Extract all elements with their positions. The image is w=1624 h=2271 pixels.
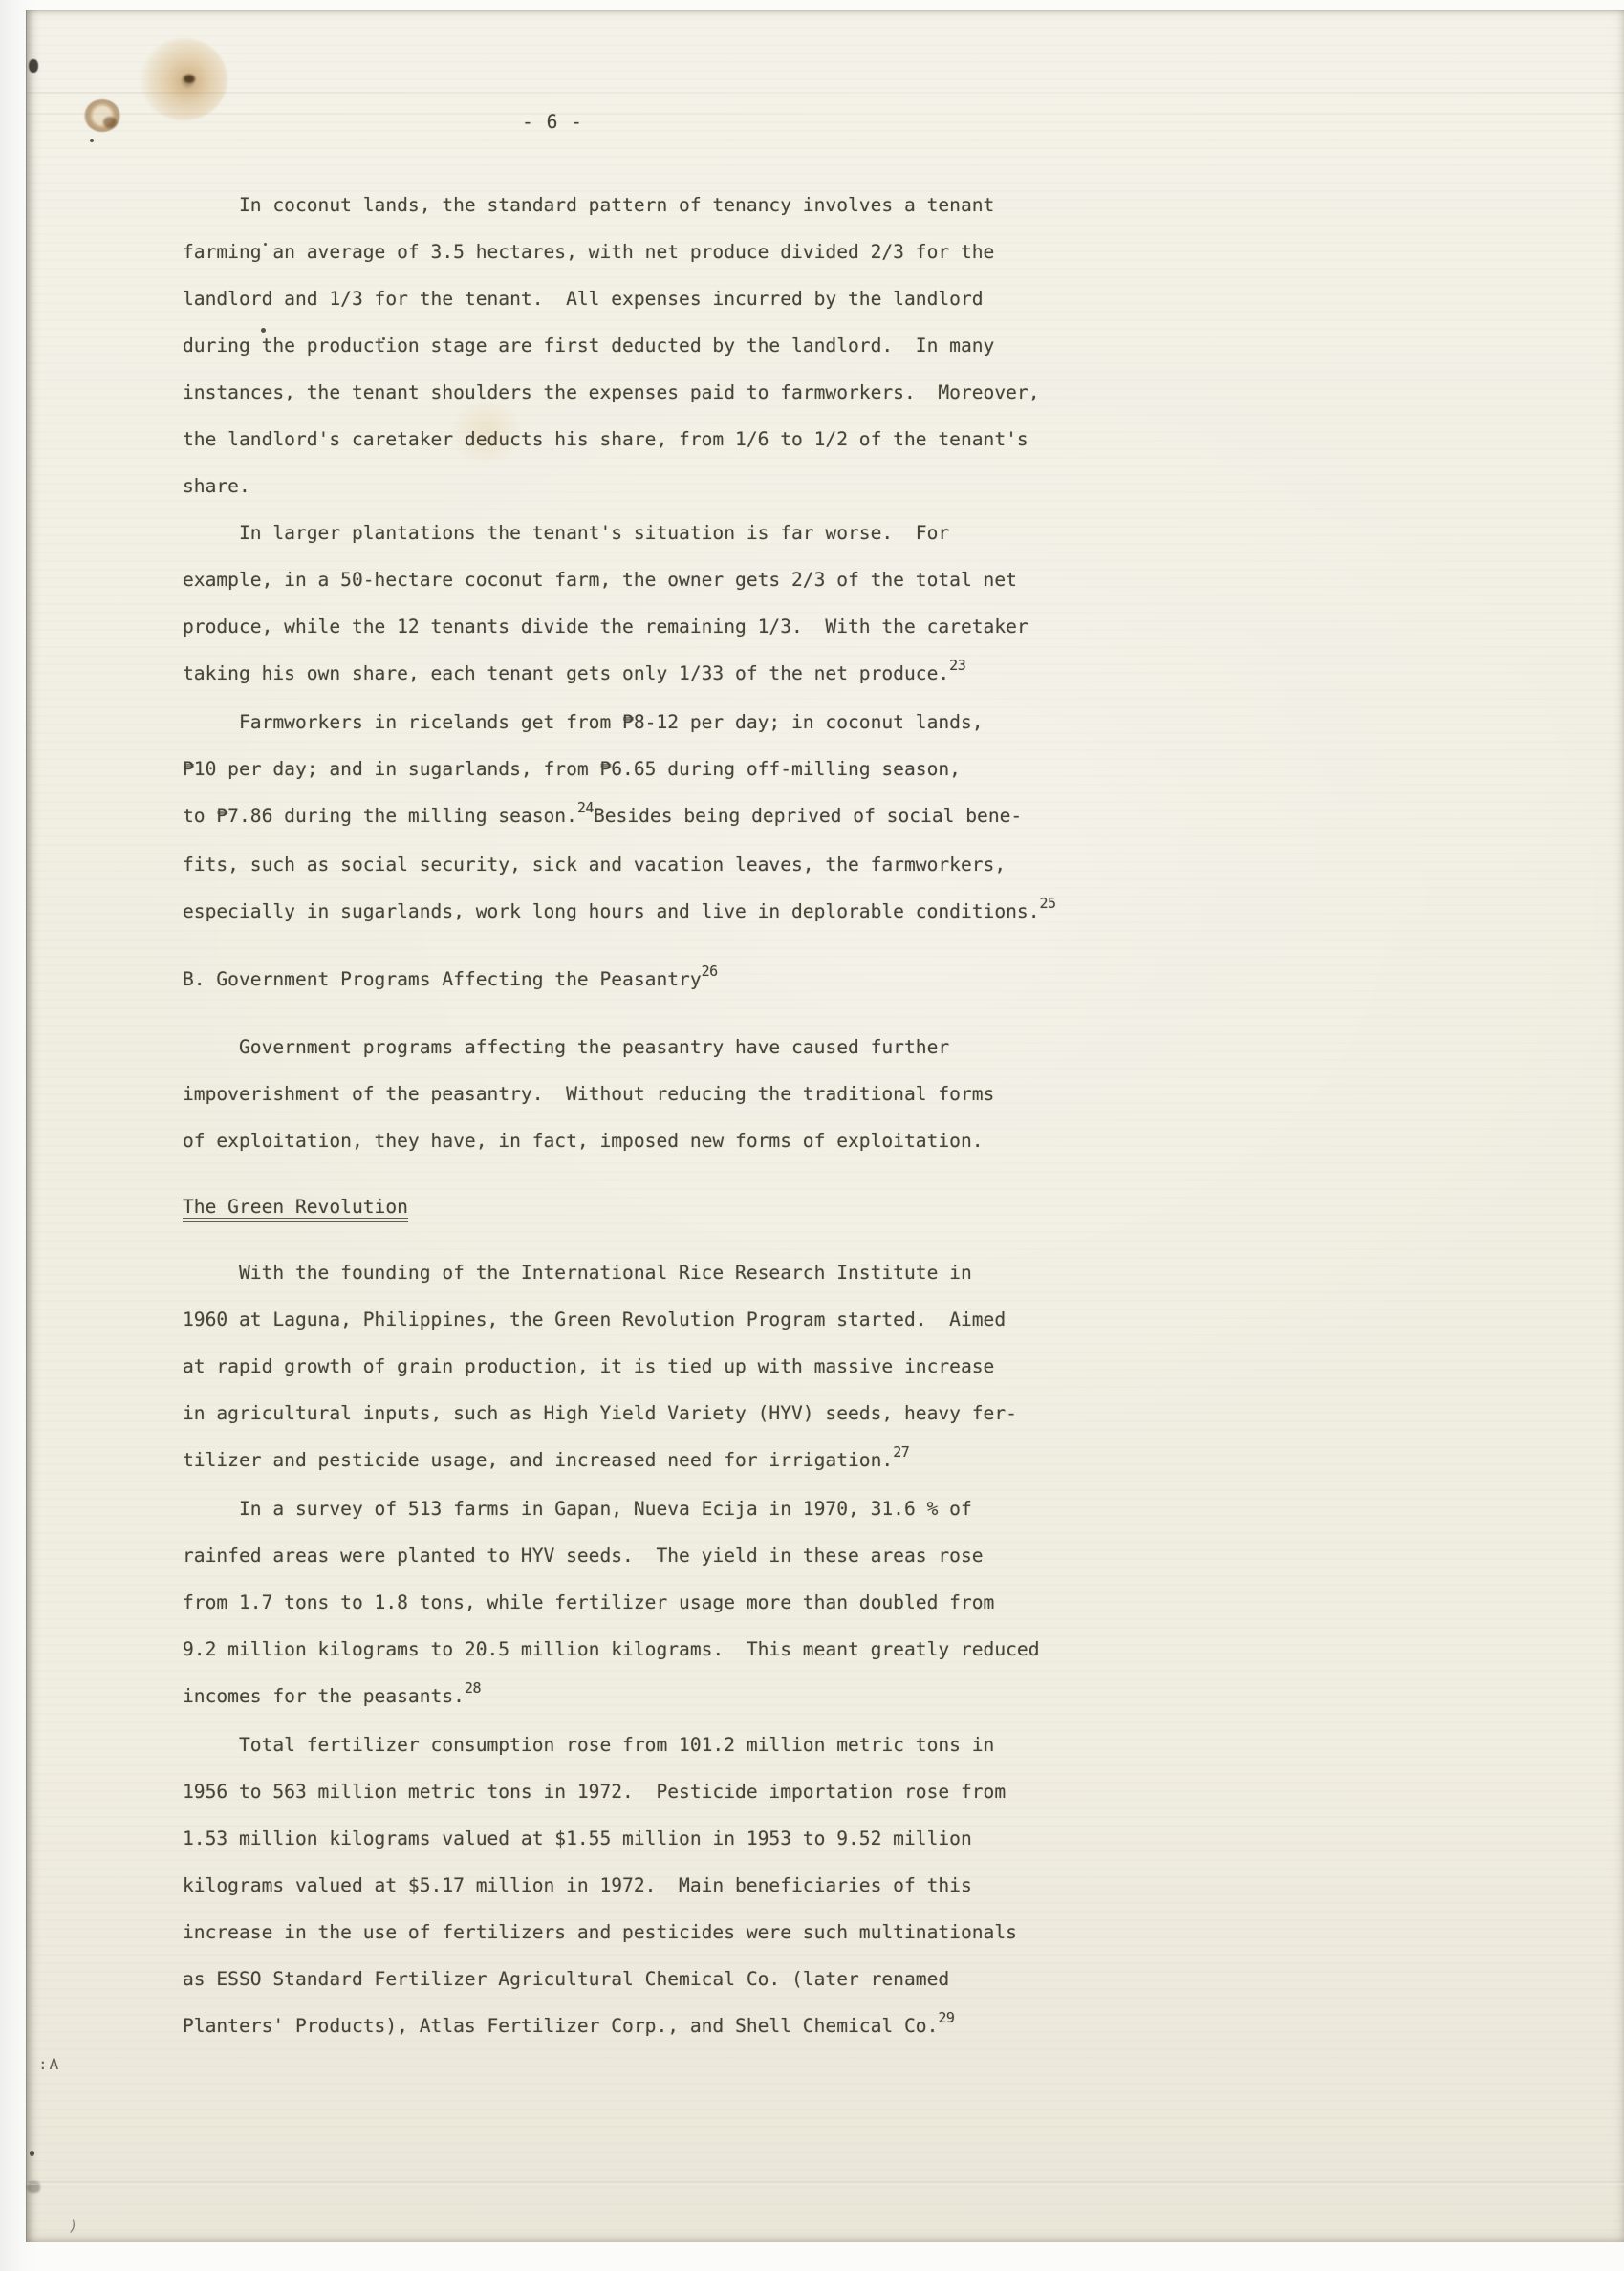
- paragraph-coconut-tenancy: In coconut lands, the standard pattern o…: [183, 182, 1119, 509]
- text-line: Planters' Products), Atlas Fertilizer Co…: [183, 2002, 1119, 2051]
- text-line: of exploitation, they have, in fact, imp…: [183, 1117, 1119, 1164]
- text-line: as ESSO Standard Fertilizer Agricultural…: [183, 1956, 1119, 2002]
- text-line: in agricultural inputs, such as High Yie…: [183, 1390, 1119, 1437]
- text-line: share.: [183, 463, 1119, 509]
- scanned-document-page: { "page": { "number_label": "- 6 -", "bl…: [0, 0, 1624, 2271]
- text-line: In a survey of 513 farms in Gapan, Nueva…: [183, 1485, 1119, 1532]
- stray-mark: ): [67, 2217, 79, 2235]
- text-line: the landlord's caretaker deducts his sha…: [183, 416, 1119, 463]
- paragraph-government-programs: Government programs affecting the peasan…: [183, 1024, 1119, 1164]
- speck: [90, 139, 94, 142]
- text-line: In larger plantations the tenant's situa…: [183, 509, 1119, 556]
- text-line: impoverishment of the peasantry. Without…: [183, 1071, 1119, 1117]
- paragraph-farmworkers-wages: Farmworkers in ricelands get from ₱8-12 …: [183, 699, 1119, 937]
- text-line: B. Government Programs Affecting the Pea…: [183, 956, 1119, 1005]
- speck: [30, 2151, 34, 2156]
- text-line: example, in a 50-hectare coconut farm, t…: [183, 556, 1119, 603]
- text-line: produce, while the 12 tenants divide the…: [183, 603, 1119, 650]
- ink-blot: [29, 59, 38, 73]
- text-line: taking his own share, each tenant gets o…: [183, 650, 1119, 699]
- page-number: - 6 -: [522, 111, 583, 133]
- text-line: especially in sugarlands, work long hour…: [183, 888, 1119, 937]
- text-line: 9.2 million kilograms to 20.5 million ki…: [183, 1626, 1119, 1673]
- paper-crease: [27, 2181, 1624, 2185]
- text-line: Total fertilizer consumption rose from 1…: [183, 1721, 1119, 1768]
- page-sheet: :A ) - 6 - In coconut lands, the standar…: [26, 10, 1624, 2242]
- text-line: 1956 to 563 million metric tons in 1972.…: [183, 1768, 1119, 1815]
- footnote-reference: 24: [577, 799, 594, 816]
- text-line: from 1.7 tons to 1.8 tons, while fertili…: [183, 1579, 1119, 1626]
- paragraph-larger-plantations: In larger plantations the tenant's situa…: [183, 509, 1119, 699]
- text-line: to ₱7.86 during the milling season.24Bes…: [183, 792, 1119, 841]
- footnote-reference: 25: [1040, 895, 1056, 912]
- footnote-reference: 23: [949, 657, 965, 674]
- text-line: at rapid growth of grain production, it …: [183, 1343, 1119, 1390]
- section-heading-government-programs: B. Government Programs Affecting the Pea…: [183, 956, 1119, 1005]
- text-line: Government programs affecting the peasan…: [183, 1024, 1119, 1071]
- ring-stain: [84, 99, 120, 132]
- text-line: The Green Revolution: [183, 1183, 1119, 1230]
- paragraph-irri-founding: With the founding of the International R…: [183, 1249, 1119, 1485]
- footnote-reference: 29: [938, 2009, 954, 2026]
- text-line: 1.53 million kilograms valued at $1.55 m…: [183, 1815, 1119, 1862]
- paragraph-fertilizer-consumption: Total fertilizer consumption rose from 1…: [183, 1721, 1119, 2051]
- text-line: instances, the tenant shoulders the expe…: [183, 369, 1119, 416]
- stain-core: [184, 75, 195, 83]
- scan-streak: [27, 92, 1624, 94]
- text-line: incomes for the peasants.28: [183, 1673, 1119, 1721]
- text-line: during the production stage are first de…: [183, 322, 1119, 369]
- text-line: landlord and 1/3 for the tenant. All exp…: [183, 275, 1119, 322]
- coffee-stain: [140, 38, 227, 120]
- text-line: rainfed areas were planted to HYV seeds.…: [183, 1532, 1119, 1579]
- subsection-heading-green-revolution: The Green Revolution: [183, 1183, 1119, 1230]
- footnote-reference: 28: [465, 1679, 481, 1697]
- scan-streak: [27, 113, 1624, 115]
- text-line: Farmworkers in ricelands get from ₱8-12 …: [183, 699, 1119, 746]
- text-line: 1960 at Laguna, Philippines, the Green R…: [183, 1296, 1119, 1343]
- text-line: kilograms valued at $5.17 million in 197…: [183, 1862, 1119, 1909]
- text-line: tilizer and pesticide usage, and increas…: [183, 1437, 1119, 1485]
- document-text: In coconut lands, the standard pattern o…: [183, 182, 1119, 2051]
- footnote-reference: 26: [702, 962, 718, 980]
- text-line: farming an average of 3.5 hectares, with…: [183, 228, 1119, 275]
- text-line: fits, such as social security, sick and …: [183, 841, 1119, 888]
- text-line: With the founding of the International R…: [183, 1249, 1119, 1296]
- text-line: In coconut lands, the standard pattern o…: [183, 182, 1119, 228]
- text-line: ₱10 per day; and in sugarlands, from ₱6.…: [183, 746, 1119, 792]
- pencil-mark: :A: [38, 2055, 63, 2072]
- paragraph-gapan-survey: In a survey of 513 farms in Gapan, Nueva…: [183, 1485, 1119, 1721]
- footnote-reference: 27: [893, 1443, 909, 1460]
- text-line: increase in the use of fertilizers and p…: [183, 1909, 1119, 1956]
- stain-blot: [103, 117, 117, 128]
